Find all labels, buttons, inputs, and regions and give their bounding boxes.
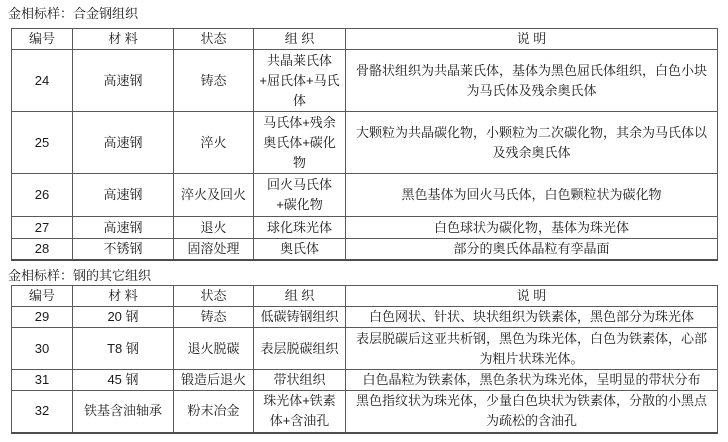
cell-material: 高速钢	[73, 112, 174, 174]
cell-description: 骨骼状组织为共晶莱氏体，基体为黑色屈氏体组织，白色小块为马氏体及残余奥氏体	[346, 50, 718, 112]
table-header-row: 编号 材 料 状态 组 织 说 明	[12, 29, 718, 50]
cell-material: 铁基含油轴承	[73, 391, 174, 433]
cell-state: 锻造后退火	[174, 370, 254, 391]
document-page: 金相标样：合金钢组织 编号 材 料 状态 组 织 说 明 24 高速钢 铸态 共…	[0, 0, 728, 434]
cell-state: 铸态	[174, 307, 254, 328]
cell-material: 45 钢	[73, 370, 174, 391]
column-header-material: 材 料	[73, 29, 174, 50]
cell-structure: 珠光体+铁素体+含油孔	[254, 391, 346, 433]
cell-description: 白色网状、针状、块状组织为铁素体，黑色部分为珠光体	[346, 307, 718, 328]
cell-number: 32	[12, 391, 73, 433]
cell-state: 铸态	[174, 50, 254, 112]
table-row-28: 28 不锈钢 固溶处理 奥氏体 部分的奥氏体晶粒有孪晶面	[12, 239, 718, 261]
cell-material: 高速钢	[73, 50, 174, 112]
column-header-number: 编号	[12, 29, 73, 50]
table-row-30: 30 T8 钢 退火脱碳 表层脱碳组织 表层脱碳后这亚共析钢，黑色为珠光体，白色…	[12, 328, 718, 370]
table-row-32: 32 铁基含油轴承 粉末冶金 珠光体+铁素体+含油孔 黑色指纹状为珠光体，少量白…	[12, 391, 718, 433]
cell-description: 部分的奥氏体晶粒有孪晶面	[346, 239, 718, 261]
cell-material: T8 钢	[73, 328, 174, 370]
column-header-material: 材 料	[73, 286, 174, 307]
cell-number: 26	[12, 174, 73, 217]
table-row-26: 26 高速钢 淬火及回火 回火马氏体+碳化物 黑色基体为回火马氏体，白色颗粒状为…	[12, 174, 718, 217]
column-header-structure: 组 织	[254, 29, 346, 50]
cell-number: 24	[12, 50, 73, 112]
table-row-31: 31 45 钢 锻造后退火 带状组织 白色晶粒为铁素体，黑色条状为珠光体，呈明显…	[12, 370, 718, 391]
cell-structure: 表层脱碳组织	[254, 328, 346, 370]
cell-description: 表层脱碳后这亚共析钢，黑色为珠光体，白色为铁素体，心部为粗片状珠光体。	[346, 328, 718, 370]
cell-description: 黑色基体为回火马氏体，白色颗粒状为碳化物	[346, 174, 718, 217]
cell-description: 白色球状为碳化物，基体为珠光体	[346, 217, 718, 239]
column-header-number: 编号	[12, 286, 73, 307]
cell-description: 白色晶粒为铁素体，黑色条状为珠光体，呈明显的带状分布	[346, 370, 718, 391]
table-title-other-steel: 金相标样：钢的其它组织	[8, 268, 728, 283]
column-header-description: 说 明	[346, 286, 718, 307]
table-row-29: 29 20 钢 铸态 低碳铸钢组织 白色网状、针状、块状组织为铁素体，黑色部分为…	[12, 307, 718, 328]
column-header-state: 状态	[174, 286, 254, 307]
table-row-24: 24 高速钢 铸态 共晶莱氏体+屈氏体+马氏体 骨骼状组织为共晶莱氏体，基体为黑…	[12, 50, 718, 112]
cell-description: 大颗粒为共晶碳化物，小颗粒为二次碳化物，其余为马氏体以及残余奥氏体	[346, 112, 718, 174]
cell-structure: 奥氏体	[254, 239, 346, 261]
table-row-27: 27 高速钢 退火 球化珠光体 白色球状为碳化物，基体为珠光体	[12, 217, 718, 239]
other-steel-table: 编号 材 料 状态 组 织 说 明 29 20 钢 铸态 低碳铸钢组织 白色网状…	[11, 285, 718, 434]
cell-number: 30	[12, 328, 73, 370]
cell-number: 28	[12, 239, 73, 261]
cell-structure: 马氏体+残余奥氏体+碳化物	[254, 112, 346, 174]
cell-number: 31	[12, 370, 73, 391]
column-header-state: 状态	[174, 29, 254, 50]
cell-material: 高速钢	[73, 217, 174, 239]
cell-structure: 回火马氏体+碳化物	[254, 174, 346, 217]
cell-material: 20 钢	[73, 307, 174, 328]
cell-structure: 低碳铸钢组织	[254, 307, 346, 328]
column-header-structure: 组 织	[254, 286, 346, 307]
alloy-steel-table: 编号 材 料 状态 组 织 说 明 24 高速钢 铸态 共晶莱氏体+屈氏体+马氏…	[11, 28, 718, 261]
cell-structure: 带状组织	[254, 370, 346, 391]
cell-state: 粉末冶金	[174, 391, 254, 433]
table-row-25: 25 高速钢 淬火 马氏体+残余奥氏体+碳化物 大颗粒为共晶碳化物，小颗粒为二次…	[12, 112, 718, 174]
cell-structure: 球化珠光体	[254, 217, 346, 239]
cell-material: 不锈钢	[73, 239, 174, 261]
cell-structure: 共晶莱氏体+屈氏体+马氏体	[254, 50, 346, 112]
cell-description: 黑色指纹状为珠光体，少量白色块状为铁素体，分散的小黑点为疏松的含油孔	[346, 391, 718, 433]
cell-number: 29	[12, 307, 73, 328]
cell-number: 25	[12, 112, 73, 174]
cell-state: 固溶处理	[174, 239, 254, 261]
table-title-alloy-steel: 金相标样：合金钢组织	[8, 6, 728, 21]
cell-number: 27	[12, 217, 73, 239]
cell-state: 淬火及回火	[174, 174, 254, 217]
column-header-description: 说 明	[346, 29, 718, 50]
table-header-row: 编号 材 料 状态 组 织 说 明	[12, 286, 718, 307]
cell-state: 退火	[174, 217, 254, 239]
cell-state: 退火脱碳	[174, 328, 254, 370]
cell-material: 高速钢	[73, 174, 174, 217]
cell-state: 淬火	[174, 112, 254, 174]
